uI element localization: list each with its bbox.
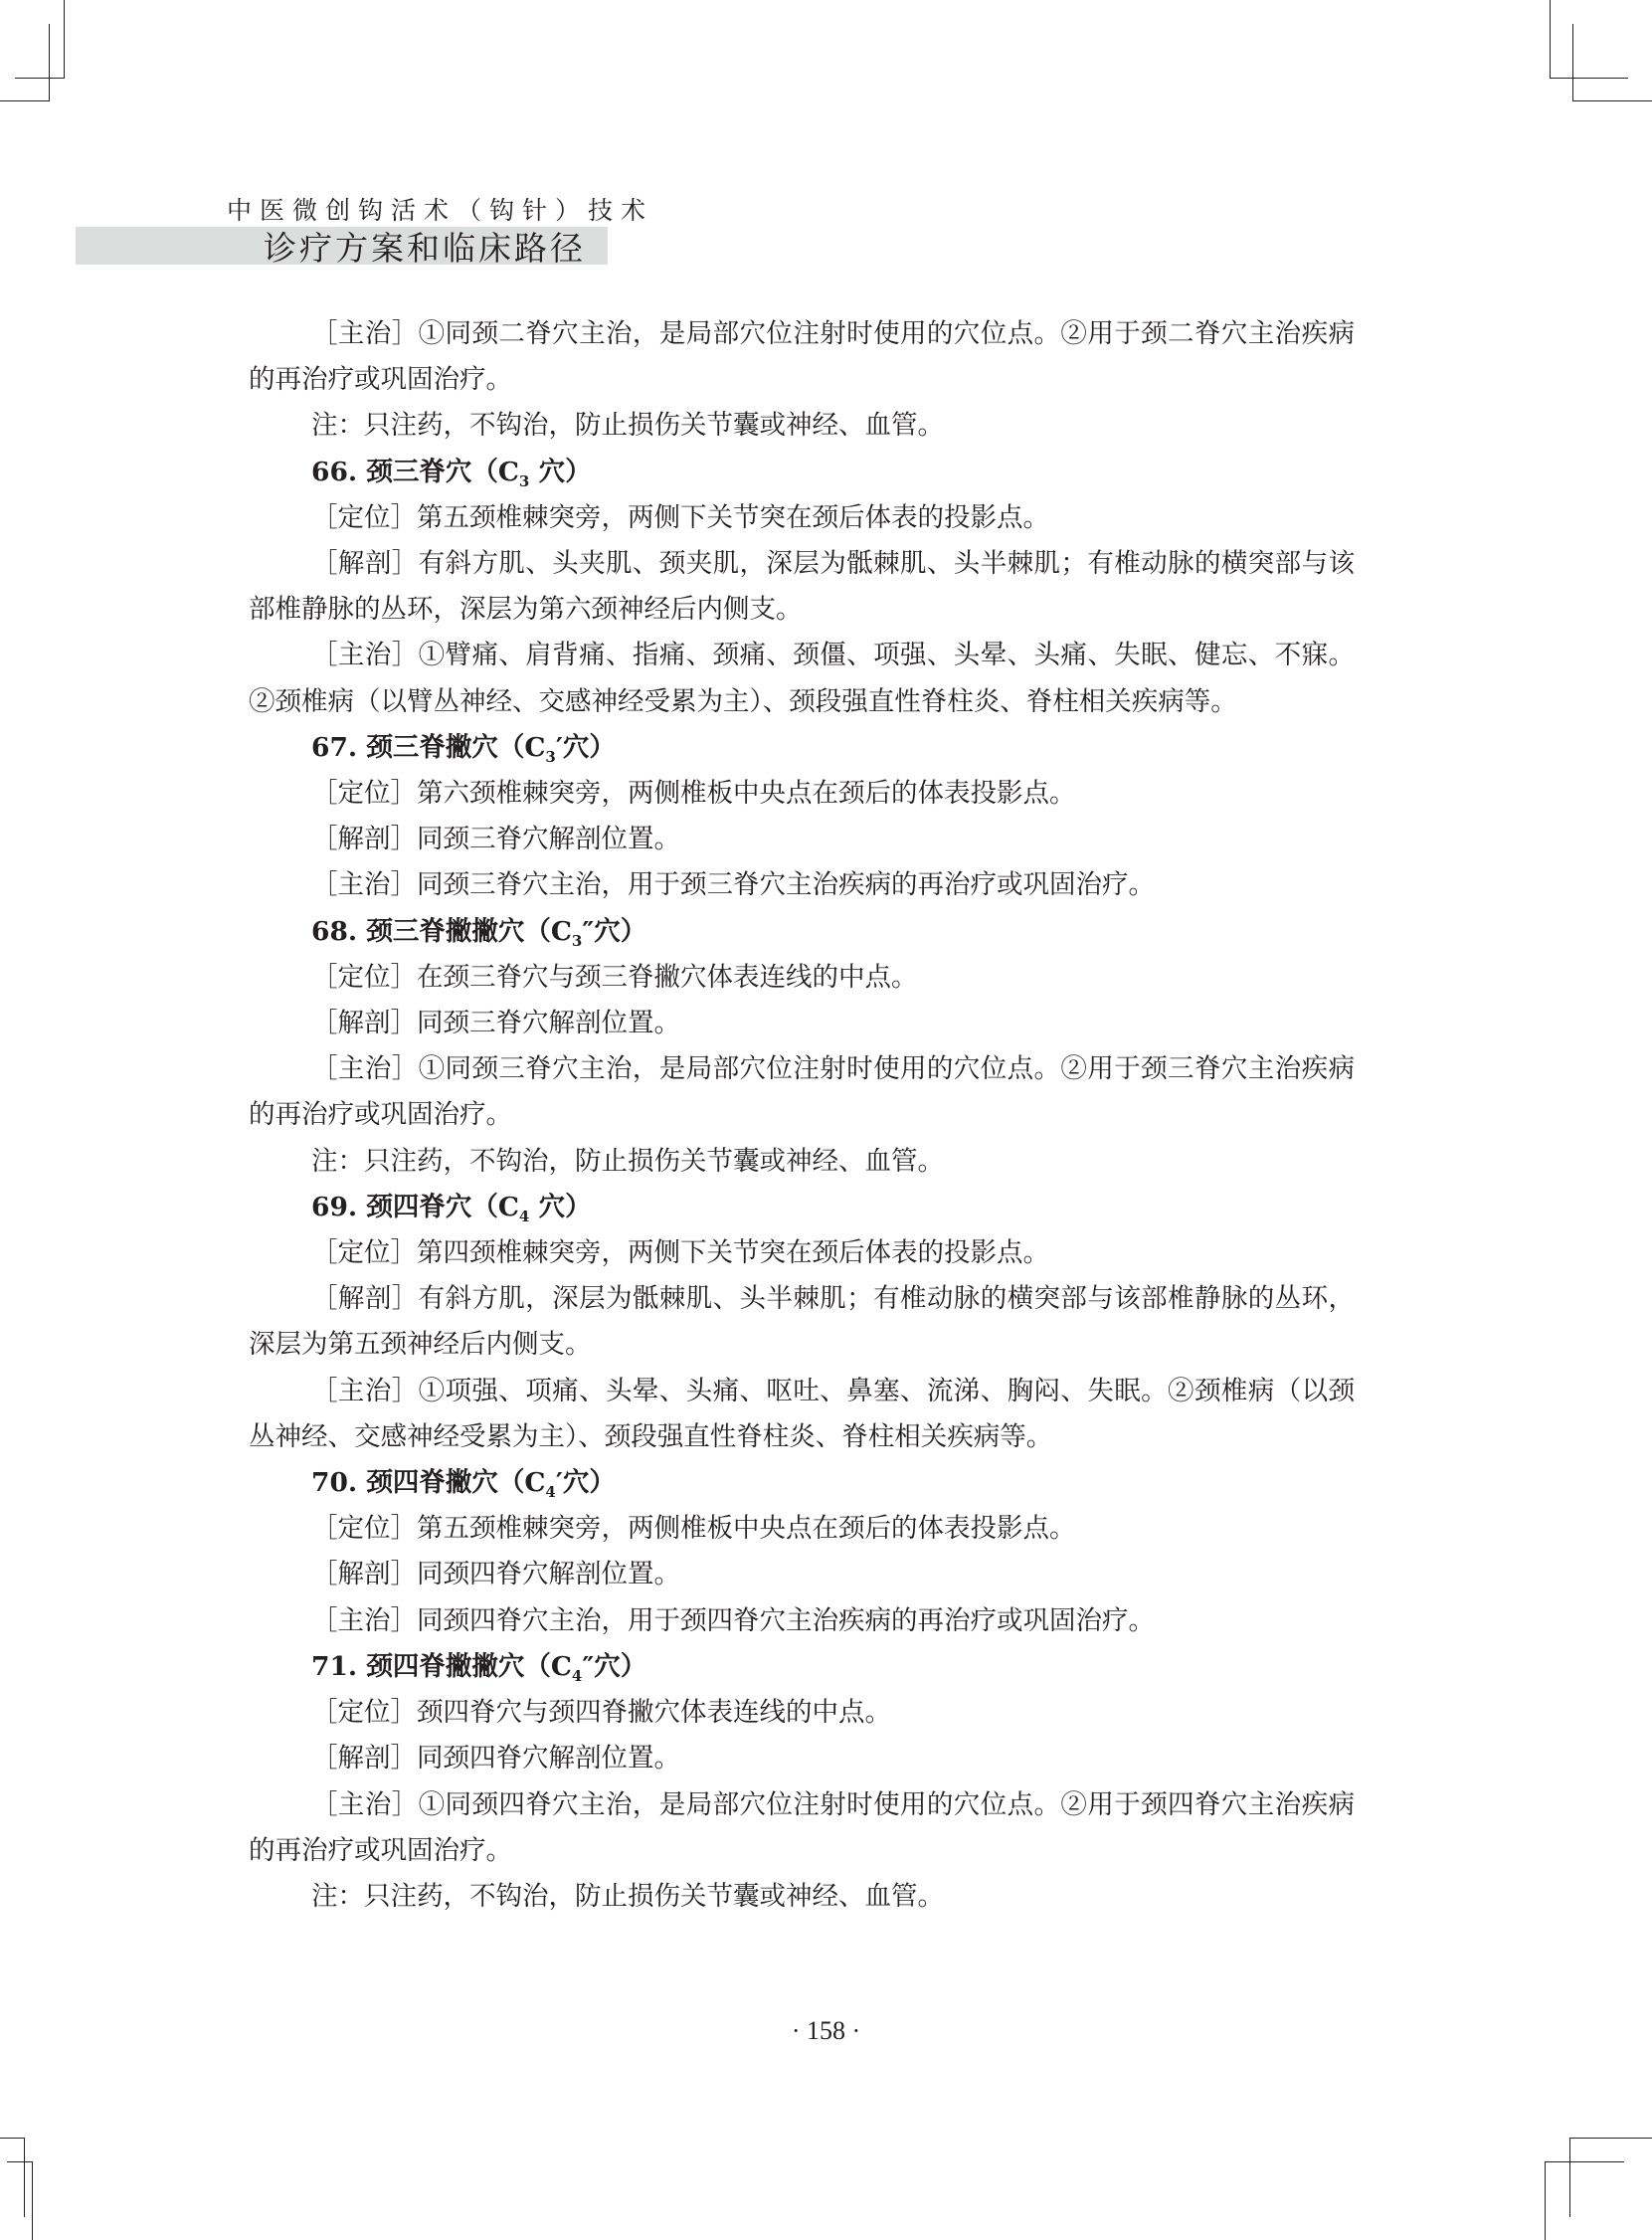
heading-suffix: ″穴） [582,916,646,947]
body-paragraph: ［定位］第四颈椎棘突旁，两侧下关节突在颈后体表的投影点。 [249,1230,1355,1276]
body-paragraph: ［主治］同颈四脊穴主治，用于颈四脊穴主治疾病的再治疗或巩固治疗。 [249,1598,1355,1644]
crop-mark-top-right [1572,100,1652,101]
acupoint-heading: 68. 颈三脊撇撇穴（C3″穴） [249,909,1355,955]
body-paragraph: 注：只注药，不钩治，防止损伤关节囊或神经、血管。 [249,1139,1355,1185]
body-paragraph: ［定位］第六颈椎棘突旁，两侧椎板中央点在颈后的体表投影点。 [249,771,1355,817]
crop-mark-top-left [15,78,65,79]
body-paragraph: ［解剖］同颈三脊穴解剖位置。 [249,817,1355,862]
acupoint-heading: 66. 颈三脊穴（C3 穴） [249,450,1355,495]
heading-text: 68. 颈三脊撇撇穴（C [311,916,572,947]
heading-suffix: ′穴） [556,732,616,763]
crop-mark-bottom-right [1569,2138,1652,2139]
vertebra-subscript: 3 [545,748,555,766]
heading-suffix: ″穴） [582,1651,646,1682]
acupoint-heading: 71. 颈四脊撇撇穴（C4″穴） [249,1644,1355,1690]
body-paragraph: 注：只注药，不钩治，防止损伤关节囊或神经、血管。 [249,1874,1355,1920]
vertebra-subscript: 4 [572,1667,582,1685]
body-paragraph: ［解剖］同颈三脊穴解剖位置。 [249,1001,1355,1046]
page-number: · 158 · [0,2016,1652,2046]
body-paragraph: ［主治］①同颈三脊穴主治，是局部穴位注射时使用的穴位点。②用于颈三脊穴主治疾病的… [249,1046,1355,1138]
heading-text: 67. 颈三脊撇穴（C [311,732,545,763]
body-paragraph: ［定位］第五颈椎棘突旁，两侧椎板中央点在颈后的体表投影点。 [249,1506,1355,1552]
running-head-book-title: 中医微创钩活术（钩针）技术 [227,191,653,227]
crop-mark-bottom-left [24,2138,25,2217]
running-head-subtitle: 诊疗方案和临床路径 [264,223,586,270]
vertebra-subscript: 3 [572,932,582,950]
crop-mark-top-left [49,24,50,101]
body-paragraph: ［主治］①同颈二脊穴主治，是局部穴位注射时使用的穴位点。②用于颈二脊穴主治疾病的… [249,311,1355,403]
body-paragraph: ［定位］在颈三脊穴与颈三脊撇穴体表连线的中点。 [249,955,1355,1001]
heading-text: 70. 颈四脊撇穴（C [311,1467,545,1498]
crop-mark-top-left [0,100,50,101]
acupoint-heading: 67. 颈三脊撇穴（C3′穴） [249,725,1355,771]
vertebra-subscript: 4 [545,1483,555,1501]
crop-mark-bottom-left [0,2138,25,2139]
heading-suffix: 穴） [529,457,591,487]
crop-mark-top-left [64,0,65,78]
heading-text: 69. 颈四脊穴（C [311,1192,519,1222]
crop-mark-top-right [1550,78,1628,79]
crop-mark-top-right [1572,24,1573,101]
body-paragraph: ［解剖］同颈四脊穴解剖位置。 [249,1736,1355,1781]
heading-suffix: 穴） [529,1192,591,1222]
body-paragraph: ［解剖］有斜方肌、头夹肌、颈夹肌，深层为骶棘肌、头半棘肌；有椎动脉的横突部与该部… [249,541,1355,633]
body-paragraph: 注：只注药，不钩治，防止损伤关节囊或神经、血管。 [249,403,1355,449]
body-paragraph: ［主治］同颈三脊穴主治，用于颈三脊穴主治疾病的再治疗或巩固治疗。 [249,862,1355,908]
acupoint-heading: 69. 颈四脊穴（C4 穴） [249,1185,1355,1230]
acupoint-heading: 70. 颈四脊撇穴（C4′穴） [249,1460,1355,1506]
body-paragraph: ［主治］①臂痛、肩背痛、指痛、颈痛、颈僵、项强、头晕、头痛、失眠、健忘、不寐。②… [249,633,1355,724]
body-paragraph: ［定位］颈四脊穴与颈四脊撇穴体表连线的中点。 [249,1690,1355,1736]
body-paragraph: ［解剖］同颈四脊穴解剖位置。 [249,1552,1355,1597]
body-paragraph: ［解剖］有斜方肌，深层为骶棘肌、头半棘肌；有椎动脉的横突部与该部椎静脉的丛环，深… [249,1276,1355,1368]
crop-mark-bottom-right [1545,2161,1624,2162]
body-paragraph: ［主治］①同颈四脊穴主治，是局部穴位注射时使用的穴位点。②用于颈四脊穴主治疾病的… [249,1782,1355,1874]
crop-mark-bottom-right [1545,2161,1546,2240]
vertebra-subscript: 3 [519,472,529,490]
body-paragraph: ［定位］第五颈椎棘突旁，两侧下关节突在颈后体表的投影点。 [249,495,1355,541]
body-paragraph: ［主治］①项强、项痛、头晕、头痛、呕吐、鼻塞、流涕、胸闷、失眠。②颈椎病（以颈丛… [249,1369,1355,1460]
vertebra-subscript: 4 [519,1208,529,1225]
crop-mark-bottom-left [7,2161,32,2162]
heading-text: 66. 颈三脊穴（C [311,457,519,487]
heading-text: 71. 颈四脊撇撇穴（C [311,1651,572,1682]
crop-mark-bottom-right [1569,2138,1570,2217]
page-body: ［主治］①同颈二脊穴主治，是局部穴位注射时使用的穴位点。②用于颈二脊穴主治疾病的… [249,311,1355,1920]
running-head-band: 诊疗方案和临床路径 [76,227,608,265]
crop-mark-bottom-left [32,2161,33,2240]
heading-suffix: ′穴） [556,1467,616,1498]
crop-mark-top-right [1550,0,1551,78]
